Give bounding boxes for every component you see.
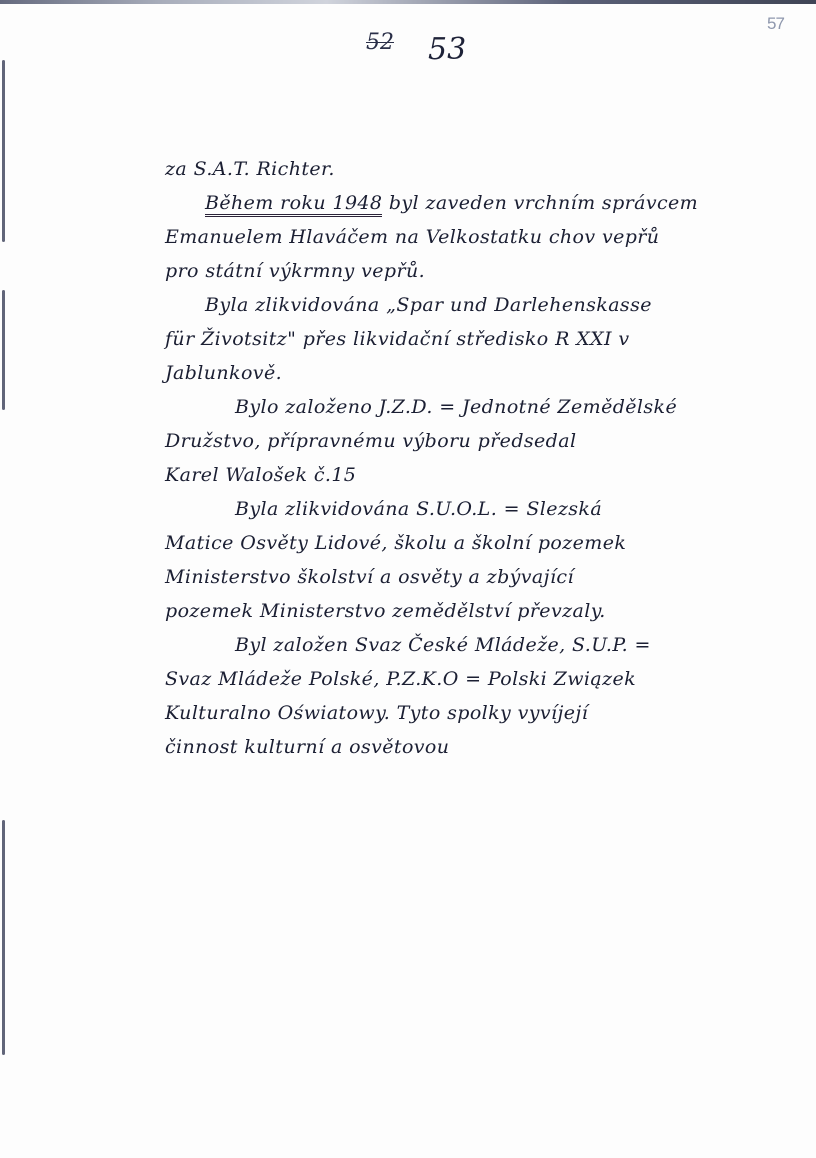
text-line: Během roku 1948 byl zaveden vrchním sprá… <box>165 186 765 220</box>
text-line: Byl založen Svaz České Mládeže, S.U.P. = <box>165 628 765 662</box>
text-line: Emanuelem Hlaváčem na Velkostatku chov v… <box>165 220 765 254</box>
underlined-phrase: Během roku 1948 <box>205 192 382 217</box>
text-line: Jablunkově. <box>165 356 765 390</box>
margin-rule <box>2 820 5 1055</box>
struck-folio-number: 52 <box>366 30 394 55</box>
text-line: Matice Osvěty Lidové, školu a školní poz… <box>165 526 765 560</box>
pencil-page-number: 57 <box>767 14 784 34</box>
text-line: Kulturalno Oświatowy. Tyto spolky vyvíje… <box>165 696 765 730</box>
text-line: Byla zlikvidována S.U.O.L. = Slezská <box>165 492 765 526</box>
text-line: pro státní výkrmny vepřů. <box>165 254 765 288</box>
scan-top-edge <box>0 0 816 4</box>
text-line-rest: byl zaveden vrchním správcem <box>382 192 698 214</box>
text-line: Byla zlikvidována „Spar und Darlehenskas… <box>165 288 765 322</box>
text-line: Karel Walošek č.15 <box>165 458 765 492</box>
manuscript-text: za S.A.T. Richter. Během roku 1948 byl z… <box>165 152 765 764</box>
folio-number: 53 <box>428 32 466 67</box>
text-line: Družstvo, přípravnému výboru předsedal <box>165 424 765 458</box>
text-line: činnost kulturní a osvětovou <box>165 730 765 764</box>
text-line: Ministerstvo školství a osvěty a zbývají… <box>165 560 765 594</box>
text-line: pozemek Ministerstvo zemědělství převzal… <box>165 594 765 628</box>
text-line: für Životsitz" přes likvidační středisko… <box>165 322 765 356</box>
text-line: Svaz Mládeže Polské, P.Z.K.O = Polski Zw… <box>165 662 765 696</box>
text-line: za S.A.T. Richter. <box>165 152 765 186</box>
margin-rule <box>2 60 5 242</box>
text-line: Bylo založeno J.Z.D. = Jednotné Zeměděls… <box>165 390 765 424</box>
margin-rule <box>2 290 5 410</box>
